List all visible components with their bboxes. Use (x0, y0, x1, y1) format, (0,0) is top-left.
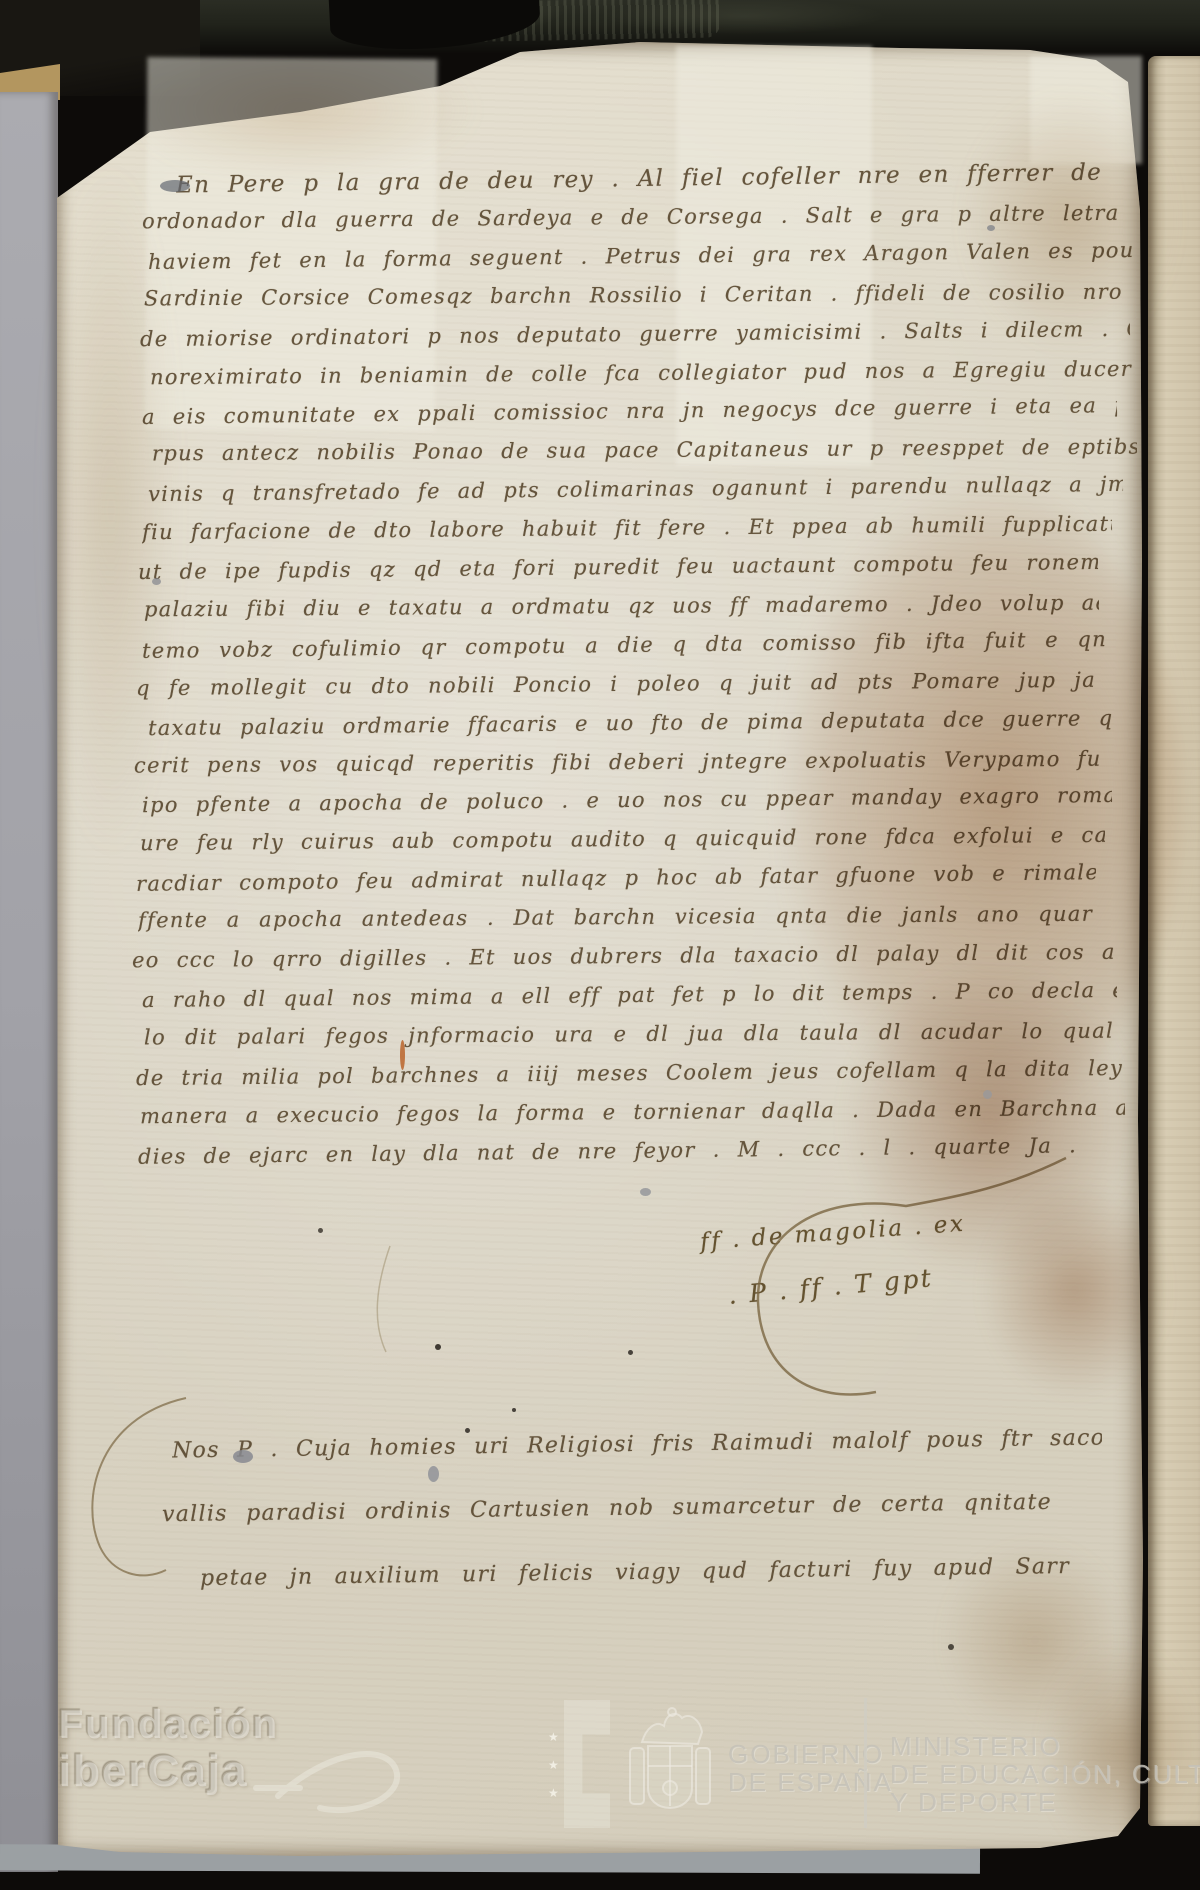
speck (152, 578, 161, 585)
ibercaja-watermark-line1: Fundación (58, 1702, 398, 1746)
star-icon: ★ (548, 1730, 559, 1744)
ministerio-watermark-line2: DE EDUCACIÓN, CULTURA (890, 1760, 1200, 1788)
speck (987, 225, 995, 231)
gobierno-watermark-line1: GOBIERNO (728, 1740, 884, 1768)
ministerio-watermark-line1: MINISTERIO (890, 1732, 1062, 1760)
gobierno-watermark-line2: DE ESPAÑA (728, 1768, 893, 1796)
speck (318, 1228, 323, 1233)
speck (435, 1344, 441, 1350)
speck (512, 1408, 516, 1412)
adjacent-page-edge (1148, 56, 1200, 1826)
speck (400, 1040, 405, 1070)
star-icon: ★ (548, 1758, 559, 1772)
gray-separator-strip (0, 92, 58, 1872)
manuscript-photo: En Pere p la gra de deu rey . Al fiel co… (0, 0, 1200, 1890)
speck (428, 1466, 439, 1482)
watermark-divider (864, 1698, 867, 1828)
ibercaja-watermark: Fundación iberCaja (58, 1702, 398, 1796)
ministerio-watermark-line3: Y DEPORTE (890, 1788, 1057, 1816)
ibercaja-watermark-line2: iberCaja (58, 1746, 398, 1796)
tape-patch (1030, 56, 1142, 164)
speck (983, 1090, 992, 1099)
speck (948, 1644, 954, 1650)
speck (233, 1450, 253, 1463)
speck (628, 1350, 633, 1355)
speck (640, 1188, 651, 1196)
speck (160, 180, 190, 192)
speck (465, 1428, 470, 1433)
star-icon: ★ (548, 1786, 559, 1800)
